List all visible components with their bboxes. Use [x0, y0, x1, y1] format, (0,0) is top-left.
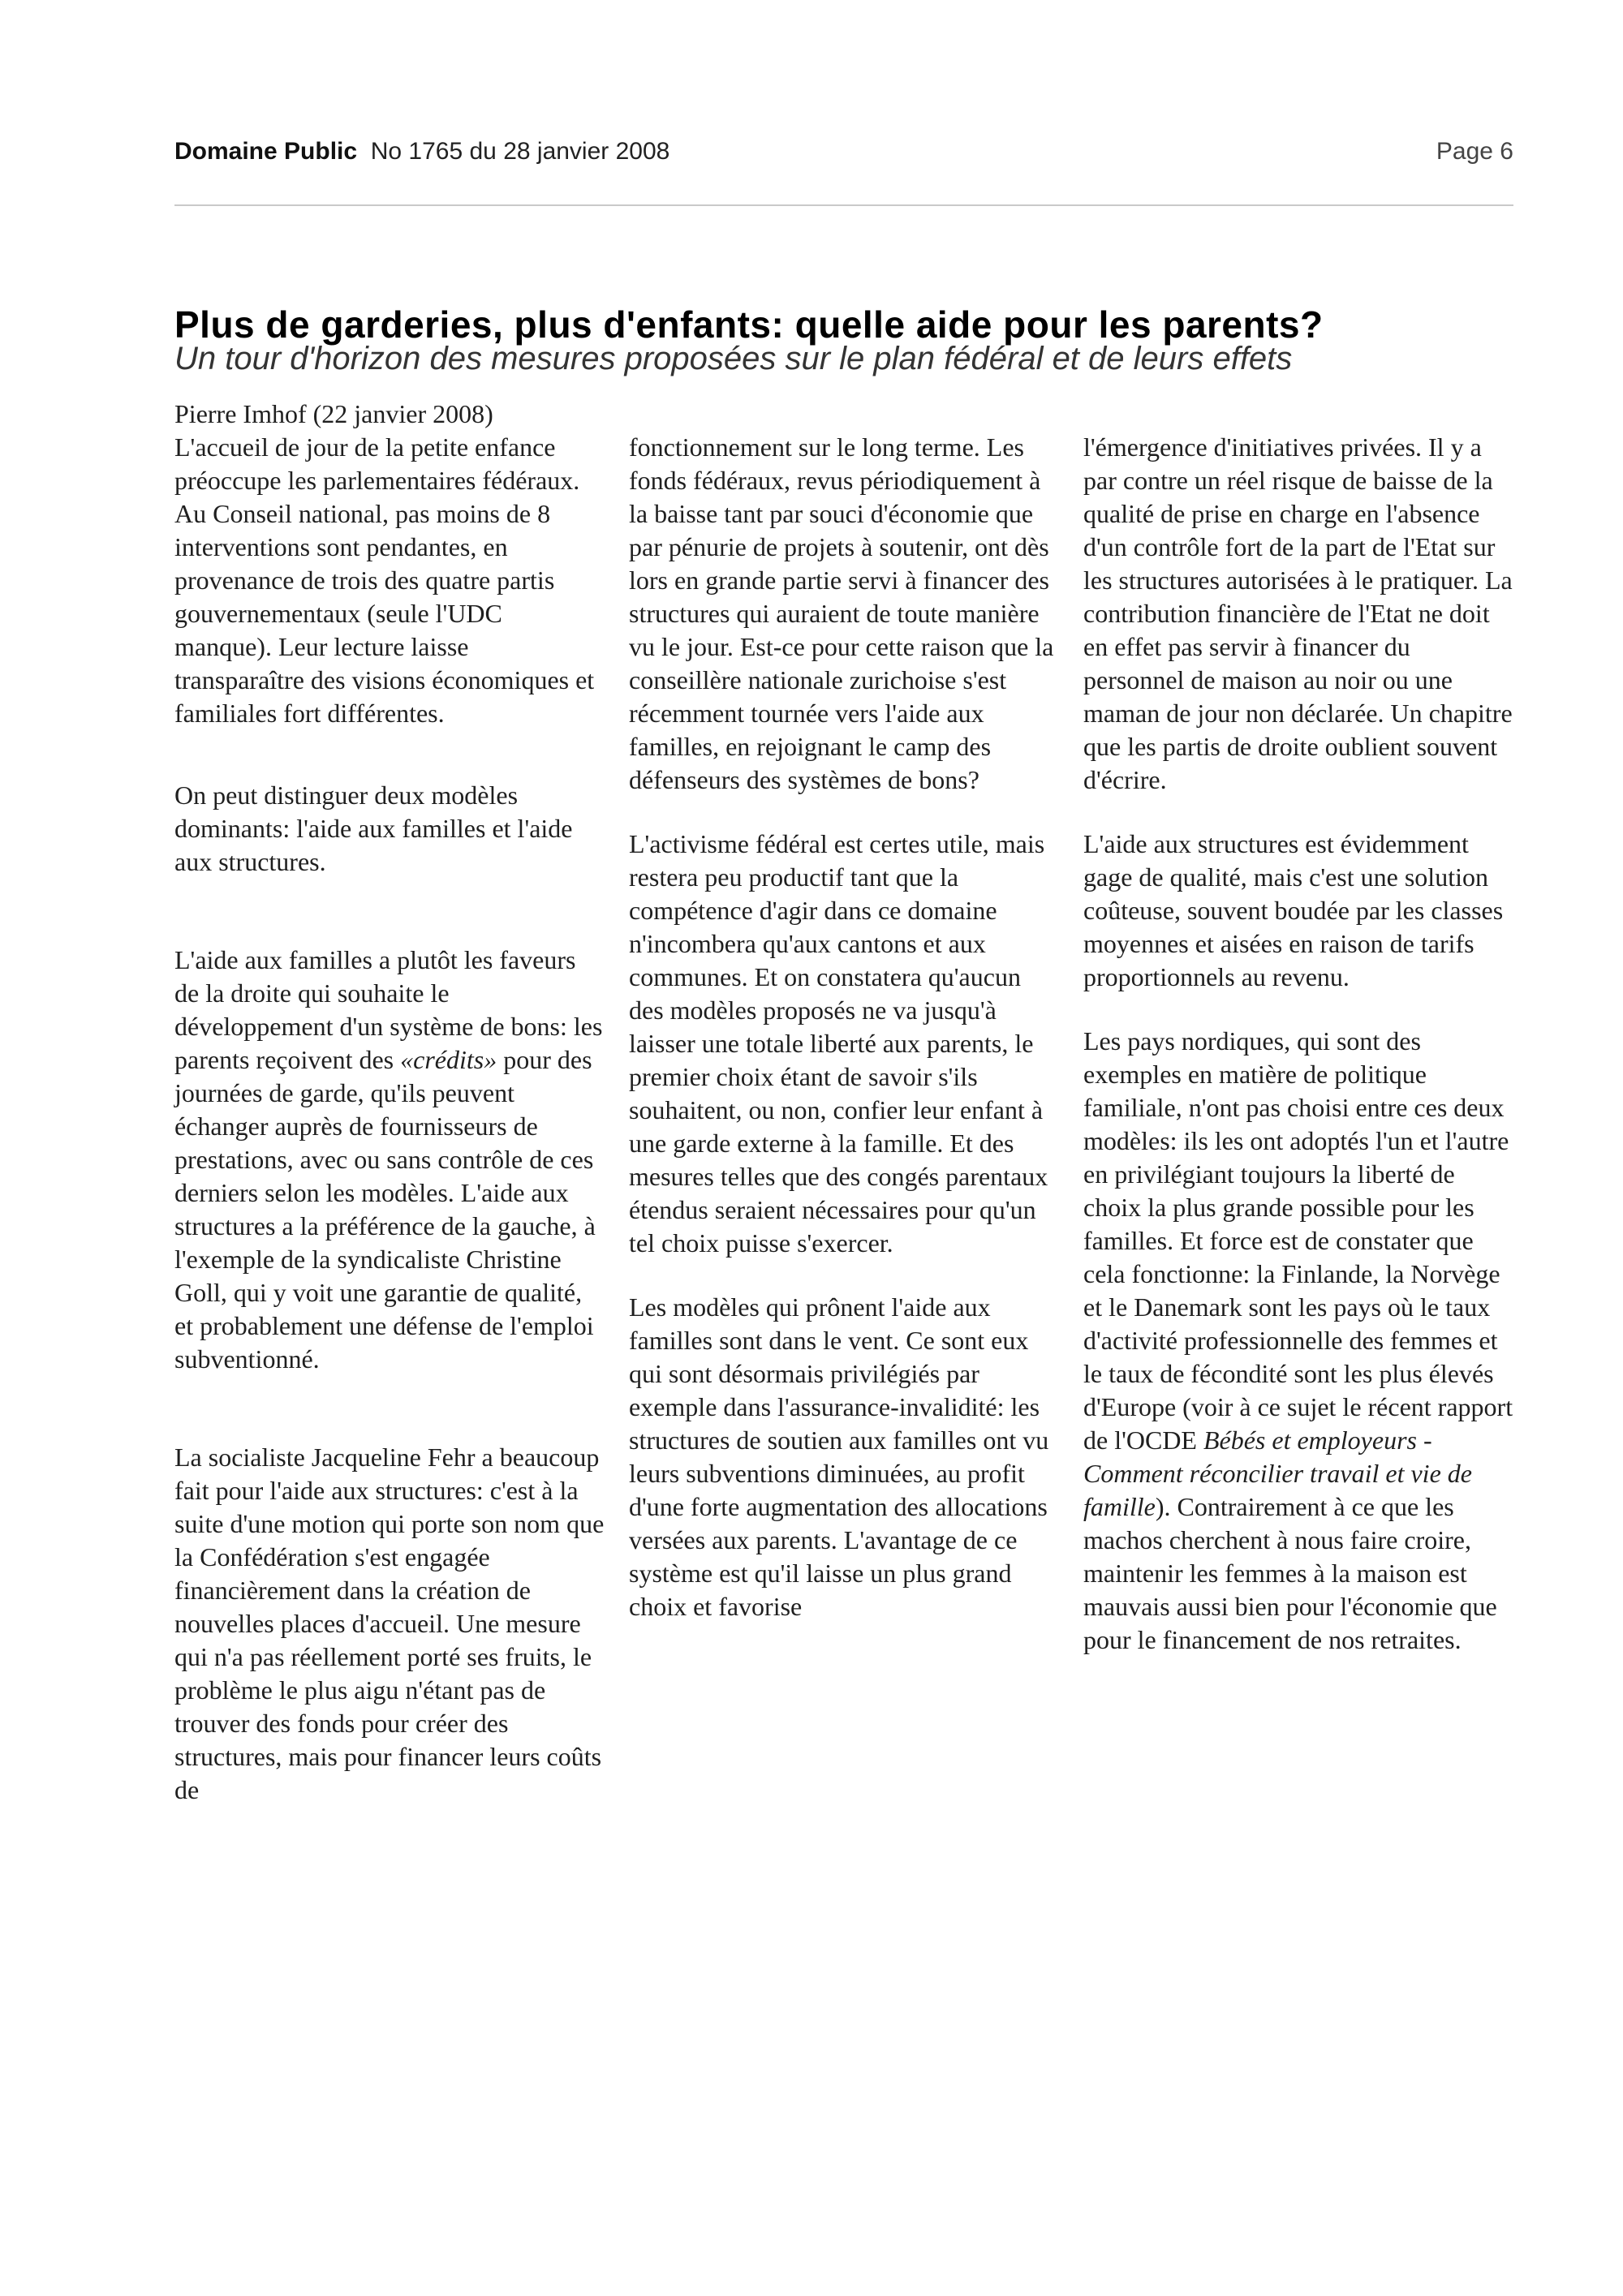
paragraph-col1-3: L'aide aux familles a plutôt les faveurs… — [174, 944, 605, 1376]
column-2: fonctionnement sur le long terme. Les fo… — [629, 398, 1059, 1807]
paragraph-col3-2: L'aide aux structures est évidemment gag… — [1083, 828, 1513, 994]
header-divider — [174, 204, 1513, 206]
paragraph-text: Les pays nordiques, qui sont des exemple… — [1083, 1026, 1513, 1455]
byline: Pierre Imhof (22 janvier 2008) — [174, 398, 605, 431]
paragraph-col1-1: L'accueil de jour de la petite enfance p… — [174, 431, 605, 730]
quoted-term-credits: «crédits» — [400, 1045, 497, 1074]
paragraph-col3-1: l'émergence d'initiatives privées. Il y … — [1083, 431, 1513, 797]
page-header: Domaine Public No 1765 du 28 janvier 200… — [174, 136, 1513, 167]
paragraph-col2-3: Les modèles qui prônent l'aide aux famil… — [629, 1291, 1059, 1623]
paragraph-col2-2: L'activisme fédéral est certes utile, ma… — [629, 828, 1059, 1260]
issue-number: No 1765 du 28 janvier 2008 — [371, 138, 670, 165]
paragraph-col1-2: On peut distinguer deux modèles dominant… — [174, 779, 605, 879]
article-body: Pierre Imhof (22 janvier 2008) L'accueil… — [174, 398, 1513, 1807]
paragraph-col3-3: Les pays nordiques, qui sont des exemple… — [1083, 1025, 1513, 1657]
column-1: Pierre Imhof (22 janvier 2008) L'accueil… — [174, 398, 605, 1807]
column-3: l'émergence d'initiatives privées. Il y … — [1083, 398, 1513, 1807]
article-subtitle: Un tour d'horizon des mesures proposées … — [174, 339, 1554, 378]
issue-info — [364, 138, 370, 165]
page-number: Page 6 — [1436, 136, 1513, 167]
header-left: Domaine Public No 1765 du 28 janvier 200… — [174, 136, 669, 167]
paragraph-col1-4: La socialiste Jacqueline Fehr a beaucoup… — [174, 1441, 605, 1807]
document-page: Domaine Public No 1765 du 28 janvier 200… — [0, 0, 1623, 2296]
paragraph-text: pour des journées de garde, qu'ils peuve… — [174, 1045, 596, 1374]
paragraph-col2-1: fonctionnement sur le long terme. Les fo… — [629, 431, 1059, 797]
publication-name: Domaine Public — [174, 138, 357, 165]
